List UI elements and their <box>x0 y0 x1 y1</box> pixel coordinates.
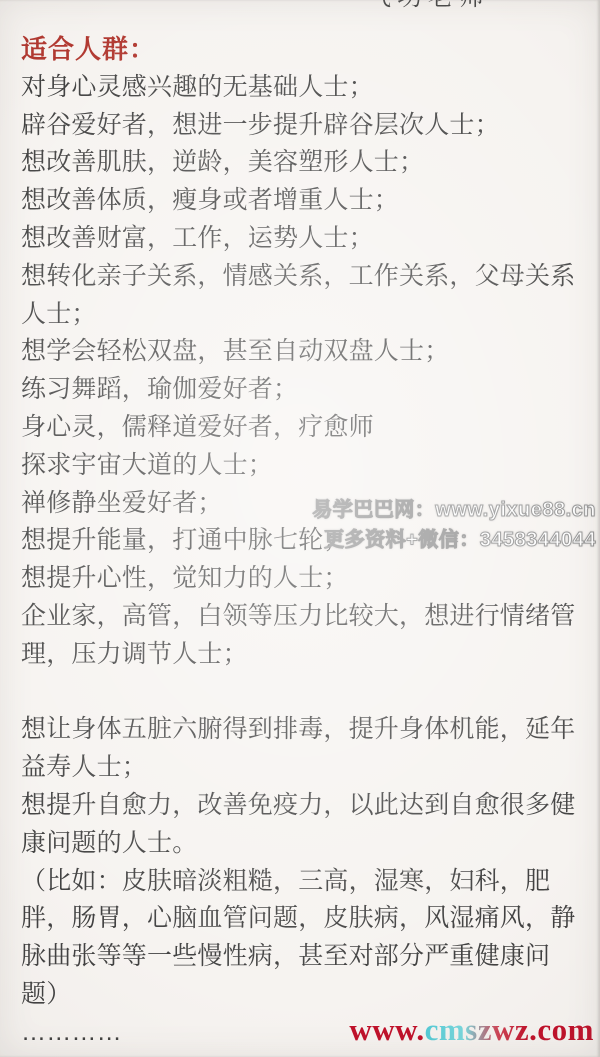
paragraph: 想提升心性，觉知力的人士； <box>21 560 578 598</box>
cmszwz-watermark-suffix: .com <box>529 1012 594 1047</box>
body-paragraphs: 对身心灵感兴趣的无基础人士；辟谷爱好者，想进一步提升辟谷层次人士；想改善肌肤，逆… <box>21 69 578 1052</box>
paragraph: 想改善体质，瘦身或者增重人士； <box>21 182 578 220</box>
section-heading: 适合人群： <box>21 31 578 69</box>
paragraph: 想提升自愈力，改善免疫力，以此达到自愈很多健康问题的人士。 <box>21 787 578 863</box>
paragraph: 想让身体五脏六腑得到排毒，提升身体机能，延年益寿人士； <box>21 711 578 787</box>
yixue-watermark: 易学巴巴网：www.yixue88.cn 更多资料+微信：3458344044 <box>312 495 596 555</box>
paragraph: 练习舞蹈，瑜伽爱好者； <box>21 371 578 409</box>
paragraph: 想改善肌肤，逆龄，美容塑形人士； <box>21 144 578 182</box>
top-cropped-text: 气功老师 <box>366 0 516 11</box>
yixue-watermark-line2: 更多资料+微信：3458344044 <box>312 525 596 555</box>
cmszwz-watermark-prefix: www. <box>349 1012 424 1047</box>
yixue-watermark-line1: 易学巴巴网：www.yixue88.cn <box>312 495 596 525</box>
cmszwz-watermark-mid: cmszwz <box>425 1012 530 1047</box>
top-cropped-text-glyphs: 气功老师 <box>366 0 516 10</box>
paragraph <box>21 674 578 712</box>
paragraph: 身心灵，儒释道爱好者，疗愈师 <box>21 409 578 447</box>
paragraph: 企业家，高管，白领等压力比较大，想进行情绪管理，压力调节人士； <box>21 598 578 674</box>
cmszwz-watermark: www.cmszwz.com <box>349 1013 594 1047</box>
paragraph: 想改善财富，工作，运势人士； <box>21 220 578 258</box>
paragraph: 想转化亲子关系，情感关系，工作关系，父母关系人士； <box>21 258 578 334</box>
paragraph: 探求宇宙大道的人士； <box>21 447 578 485</box>
paragraph: （比如：皮肤暗淡粗糙，三高，湿寒，妇科，肥胖，肠胃，心脑血管问题，皮肤病，风湿痛… <box>21 863 578 1014</box>
paragraph: 辟谷爱好者，想进一步提升辟谷层次人士； <box>21 107 578 145</box>
page-root: { "article": { "top_fragment": "气功老师", "… <box>0 0 600 1057</box>
paragraph: 对身心灵感兴趣的无基础人士； <box>21 69 578 107</box>
paragraph: 想学会轻松双盘，甚至自动双盘人士； <box>21 333 578 371</box>
